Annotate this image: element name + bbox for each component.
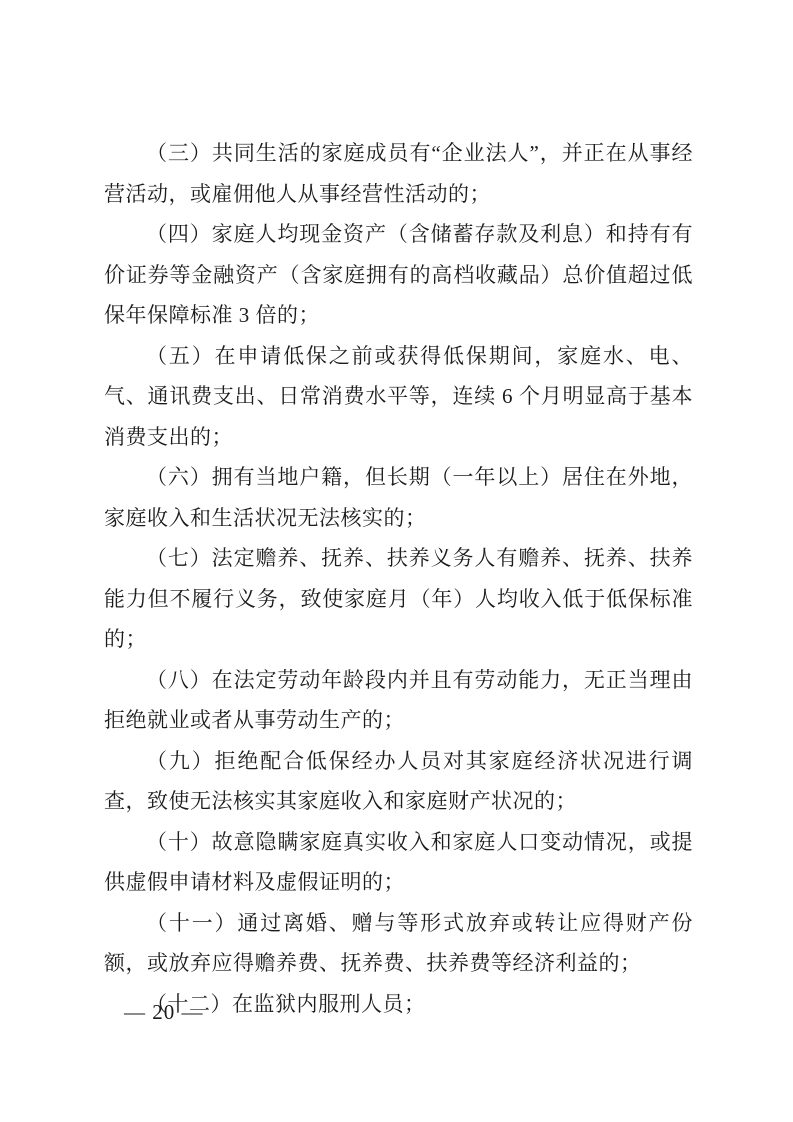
paragraph-item-6: （六）拥有当地户籍，但长期（一年以上）居住在外地，家庭收入和生活状况无法核实的； [104,457,693,538]
paragraph-item-11: （十一）通过离婚、赠与等形式放弃或转让应得财产份额，或放弃应得赡养费、抚养费、扶… [104,903,693,984]
document-page: （三）共同生活的家庭成员有“企业法人”，并正在从事经营活动，或雇佣他人从事经营性… [0,0,793,1122]
paragraph-item-9: （九）拒绝配合低保经办人员对其家庭经济状况进行调查，致使无法核实其家庭收入和家庭… [104,741,693,822]
page-footer: — 20 — [124,1000,204,1025]
page-number: — 20 — [124,1000,204,1024]
paragraph-item-5: （五）在申请低保之前或获得低保期间，家庭水、电、气、通讯费支出、日常消费水平等，… [104,336,693,458]
paragraph-item-10: （十）故意隐瞒家庭真实收入和家庭人口变动情况，或提供虚假申请材料及虚假证明的； [104,822,693,903]
paragraph-item-7: （七）法定赡养、抚养、扶养义务人有赡养、抚养、扶养能力但不履行义务，致使家庭月（… [104,538,693,660]
paragraph-item-8: （八）在法定劳动年龄段内并且有劳动能力，无正当理由拒绝就业或者从事劳动生产的； [104,660,693,741]
document-body: （三）共同生活的家庭成员有“企业法人”，并正在从事经营活动，或雇佣他人从事经营性… [104,133,693,1024]
paragraph-item-4: （四）家庭人均现金资产（含储蓄存款及利息）和持有有价证券等金融资产（含家庭拥有的… [104,214,693,336]
paragraph-item-3: （三）共同生活的家庭成员有“企业法人”，并正在从事经营活动，或雇佣他人从事经营性… [104,133,693,214]
